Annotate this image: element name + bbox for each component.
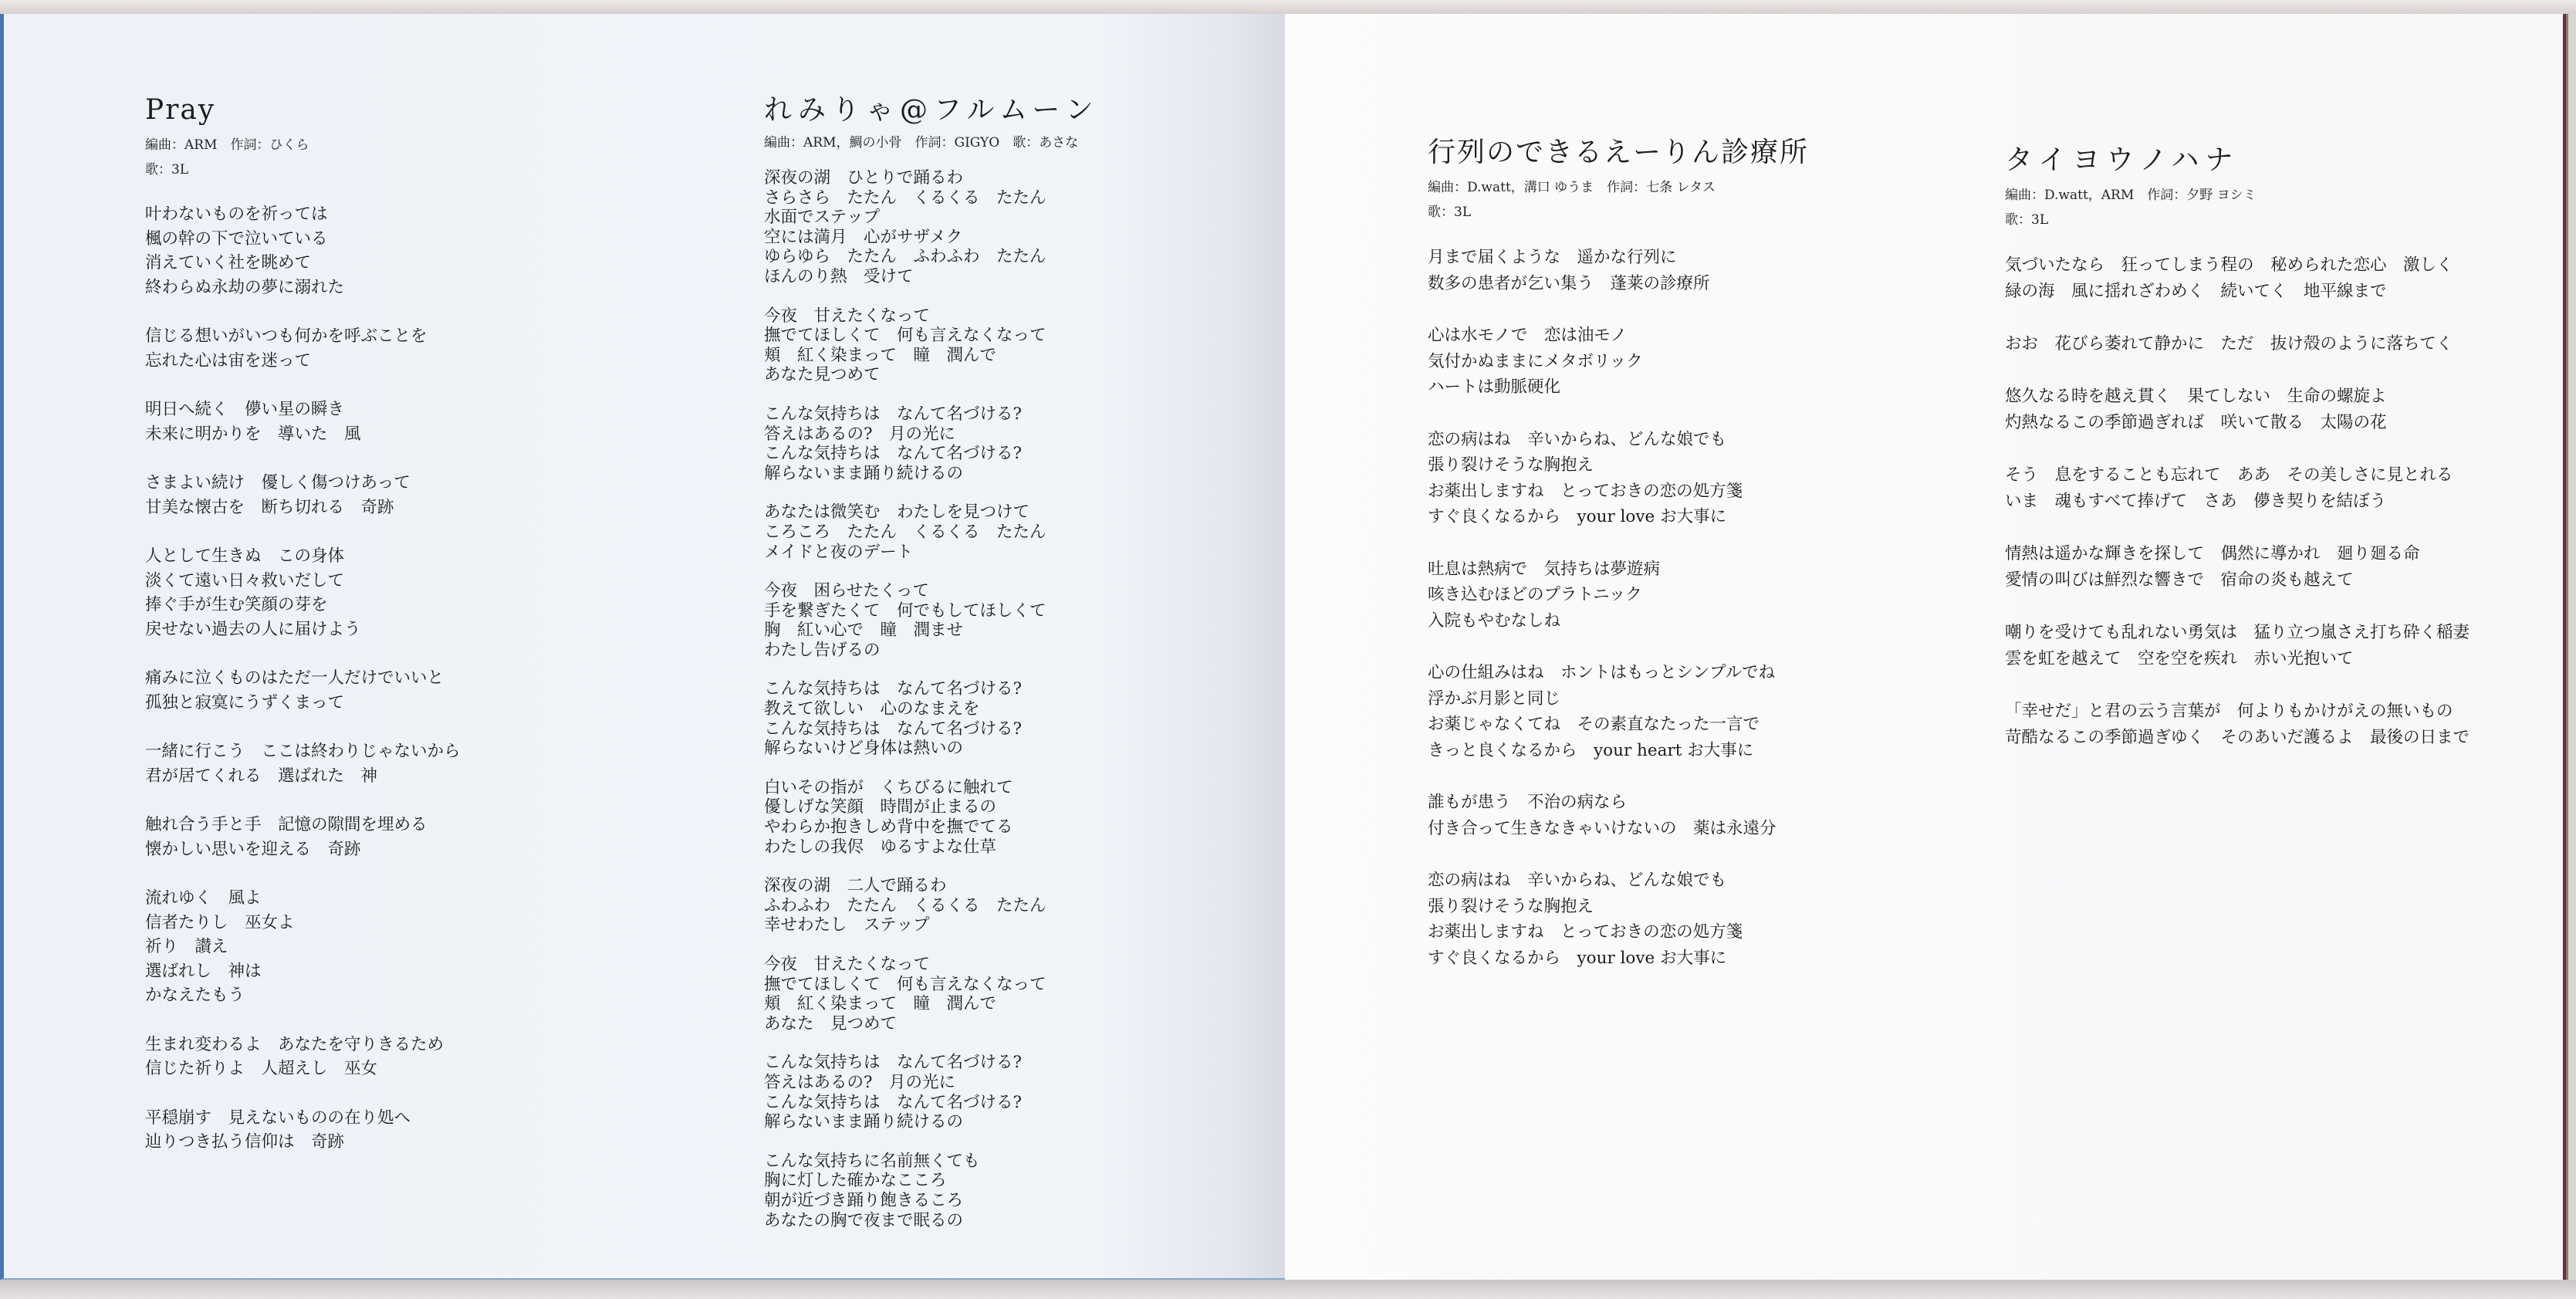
lyric-stanza: 嘲りを受けても乱れない勇気は 猛り立つ嵐さえ打ち砕く稲妻雲を虹を越えて 空を空を… xyxy=(2005,620,2545,672)
song-title: 行列のできるえーりん診療所 xyxy=(1428,135,1952,171)
lyric-line: 未来に明かりを 導いた 風 xyxy=(145,422,670,447)
scan-top-edge xyxy=(0,0,2576,14)
lyric-stanza: こんな気持ちは なんて名づける?答えはあるの? 月の光にこんな気持ちは なんて名… xyxy=(764,1053,1289,1132)
booklet-spread: Pray 編曲：ARM 作詞：ひくら 歌：3L 叶わないものを祈っては楓の幹の下… xyxy=(0,0,2576,1299)
lyric-stanza: 今夜 甘えたくなって撫でてほしくて 何も言えなくなって頬 紅く染まって 瞳 潤ん… xyxy=(764,955,1289,1033)
lyric-stanza: 生まれ変わるよ あなたを守りきるため信じた祈りよ 人超えし 巫女 xyxy=(145,1033,670,1081)
lyric-line: 嘲りを受けても乱れない勇気は 猛り立つ嵐さえ打ち砕く稲妻 xyxy=(2005,620,2545,646)
lyric-line: 白いその指が くちびるに触れて xyxy=(764,778,1289,798)
lyric-line: わたしの我侭 ゆるすよな仕草 xyxy=(764,837,1289,858)
lyric-line: 戻せない過去の人に届けよう xyxy=(145,617,670,642)
lyric-line: 咳き込むほどのプラトニック xyxy=(1428,582,1952,608)
lyrics: 叶わないものを祈っては楓の幹の下で泣いている消えていく社を眺めて終わらぬ永劫の夢… xyxy=(145,202,670,1155)
lyric-line: 誰もが患う 不治の病なら xyxy=(1428,790,1952,816)
credit-line: 編曲：D.watt，溝口 ゆうま 作詞：七条 レタス xyxy=(1428,175,1952,200)
lyric-line: あなた見つめて xyxy=(764,365,1289,385)
lyric-line: 苛酷なるこの季節過ぎゆく そのあいだ護るよ 最後の日まで xyxy=(2005,725,2545,751)
lyric-line: 吐息は熱病で 気持ちは夢遊病 xyxy=(1428,556,1952,583)
song-title: Pray xyxy=(145,93,670,128)
lyric-line: 付き合って生きなきゃいけないの 薬は永遠分 xyxy=(1428,816,1952,842)
lyric-stanza: こんな気持ちは なんて名づける?教えて欲しい 心のなまえをこんな気持ちは なんて… xyxy=(764,679,1289,758)
lyric-line: お薬じゃなくてね その素直なたった一言で xyxy=(1428,712,1952,738)
lyric-line: 捧ぐ手が生む笑顔の芽を xyxy=(145,593,670,617)
lyric-line: 手を繋ぎたくて 何でもしてほしくて xyxy=(764,601,1289,621)
lyric-line: 緑の海 風に揺れざわめく 続いてく 地平線まで xyxy=(2005,279,2545,305)
lyric-line: メイドと夜のデート xyxy=(764,543,1289,563)
lyric-stanza: 深夜の湖 ひとりで踊るわさらさら たたん くるくる たたん水面でステップ空には満… xyxy=(764,168,1289,287)
lyric-line: あなた 見つめて xyxy=(764,1014,1289,1034)
lyric-stanza: おお 花びら萎れて静かに ただ 抜け殻のように落ちてく xyxy=(2005,331,2545,357)
lyric-line: ころころ たたん くるくる たたん xyxy=(764,523,1289,543)
lyrics: 月まで届くような 遥かな行列に数多の患者が乞い集う 蓬莱の診療所心は水モノで 恋… xyxy=(1428,245,1952,971)
lyric-line: 優しげな笑顔 時間が止まるの xyxy=(764,797,1289,817)
lyric-stanza: こんな気持ちは なんて名づける?答えはあるの? 月の光にこんな気持ちは なんて名… xyxy=(764,404,1289,483)
song-credits: 編曲：ARM 作詞：ひくら 歌：3L xyxy=(145,133,670,182)
lyric-line: 月まで届くような 遥かな行列に xyxy=(1428,245,1952,271)
lyric-line: 空には満月 心がサザメク xyxy=(764,228,1289,248)
lyric-line: 愛情の叫びは鮮烈な響きで 宿命の炎も越えて xyxy=(2005,567,2545,594)
lyric-line: 終わらぬ永劫の夢に溺れた xyxy=(145,276,670,300)
lyric-stanza: 平穏崩す 見えないものの在り処へ辿りつき払う信仰は 奇跡 xyxy=(145,1106,670,1155)
lyric-line: 幸せわたし ステップ xyxy=(764,915,1289,935)
lyric-line: 情熱は遥かな輝きを探して 偶然に導かれ 廻り廻る命 xyxy=(2005,541,2545,567)
lyric-line: あなたの胸で夜まで眠るの xyxy=(764,1211,1289,1231)
lyric-line: 叶わないものを祈っては xyxy=(145,202,670,227)
lyric-line: 信じた祈りよ 人超えし 巫女 xyxy=(145,1057,670,1081)
credit-line: 歌：3L xyxy=(145,157,670,182)
lyric-line: こんな気持ちは なんて名づける? xyxy=(764,1053,1289,1073)
lyric-stanza: 白いその指が くちびるに触れて優しげな笑顔 時間が止まるのやわらか抱きしめ背中を… xyxy=(764,778,1289,857)
lyric-line: 選ばれし 神は xyxy=(145,959,670,984)
lyric-line: あなたは微笑む わたしを見つけて xyxy=(764,502,1289,523)
lyric-line: 解らないまま踊り続けるの xyxy=(764,464,1289,484)
lyric-line: 灼熱なるこの季節過ぎれば 咲いて散る 太陽の花 xyxy=(2005,410,2545,436)
lyric-line: 教えて欲しい 心のなまえを xyxy=(764,699,1289,719)
song-title: れみりゃ@フルムーン xyxy=(764,93,1289,128)
lyric-stanza: 恋の病はね 辛いからね、どんな娘でも張り裂けそうな胸抱えお薬出しますね とってお… xyxy=(1428,427,1952,530)
lyric-line: 深夜の湖 二人で踊るわ xyxy=(764,876,1289,896)
song-remilia-full-moon: れみりゃ@フルムーン 編曲：ARM，鯛の小骨 作詞：GIGYO 歌：あさな 深夜… xyxy=(764,93,1289,1250)
lyric-line: 信じる想いがいつも何かを呼ぶことを xyxy=(145,324,670,349)
lyric-stanza: 月まで届くような 遥かな行列に数多の患者が乞い集う 蓬莱の診療所 xyxy=(1428,245,1952,296)
lyric-line: 胸に灯した確かなこころ xyxy=(764,1171,1289,1191)
lyric-line: 甘美な懐古を 断ち切れる 奇跡 xyxy=(145,496,670,520)
lyric-stanza: 心は水モノで 恋は油モノ気付かぬままにメタボリックハートは動脈硬化 xyxy=(1428,323,1952,401)
lyric-stanza: 悠久なる時を越え貫く 果てしない 生命の螺旋よ灼熱なるこの季節過ぎれば 咲いて散… xyxy=(2005,384,2545,436)
lyric-line: 入院もやむなしね xyxy=(1428,608,1952,634)
lyrics: 気づいたなら 狂ってしまう程の 秘められた恋心 激しく緑の海 風に揺れざわめく … xyxy=(2005,252,2545,751)
lyric-line: お薬出しますね とっておきの恋の処方箋 xyxy=(1428,919,1952,945)
lyric-line: 今夜 甘えたくなって xyxy=(764,306,1289,326)
lyric-stanza: こんな気持ちに名前無くても胸に灯した確かなこころ朝が近づき踊り飽きるころあなたの… xyxy=(764,1152,1289,1230)
lyric-line: 撫でてほしくて 何も言えなくなって xyxy=(764,326,1289,346)
lyric-line: こんな気持ちは なんて名づける? xyxy=(764,719,1289,739)
lyric-line: 淡くて遠い日々救いだして xyxy=(145,569,670,594)
lyric-line: 気づいたなら 狂ってしまう程の 秘められた恋心 激しく xyxy=(2005,252,2545,279)
lyric-stanza: 今夜 甘えたくなって撫でてほしくて 何も言えなくなって頬 紅く染まって 瞳 潤ん… xyxy=(764,306,1289,385)
song-credits: 編曲：ARM，鯛の小骨 作詞：GIGYO 歌：あさな xyxy=(764,133,1289,153)
lyric-line: 祈り 讃え xyxy=(145,935,670,959)
lyric-line: そう 息をすることも忘れて ああ その美しさに見とれる xyxy=(2005,462,2545,489)
lyric-stanza: 深夜の湖 二人で踊るわふわふわ たたん くるくる たたん幸せわたし ステップ xyxy=(764,876,1289,935)
lyric-line: 数多の患者が乞い集う 蓬莱の診療所 xyxy=(1428,271,1952,297)
lyric-stanza: 一緒に行こう ここは終わりじゃないから君が居てくれる 選ばれた 神 xyxy=(145,739,670,788)
lyric-line: さらさら たたん くるくる たたん xyxy=(764,188,1289,208)
lyric-stanza: 信じる想いがいつも何かを呼ぶことを忘れた心は宙を迷って xyxy=(145,324,670,373)
lyric-line: 胸 紅い心で 瞳 潤ませ xyxy=(764,621,1289,641)
lyric-line: 一緒に行こう ここは終わりじゃないから xyxy=(145,739,670,764)
lyric-line: 忘れた心は宙を迷って xyxy=(145,349,670,374)
lyric-line: 生まれ変わるよ あなたを守りきるため xyxy=(145,1033,670,1057)
lyric-line: 孤独と寂寞にうずくまって xyxy=(145,691,670,715)
lyric-line: 今夜 困らせたくって xyxy=(764,581,1289,601)
lyric-line: 深夜の湖 ひとりで踊るわ xyxy=(764,168,1289,188)
lyric-stanza: 心の仕組みはね ホントはもっとシンプルでね浮かぶ月影と同じお薬じゃなくてね その… xyxy=(1428,660,1952,763)
lyric-stanza: 明日へ続く 儚い星の瞬き未来に明かりを 導いた 風 xyxy=(145,397,670,446)
lyric-line: 解らないけど身体は熱いの xyxy=(764,739,1289,759)
lyric-stanza: 触れ合う手と手 記憶の隙間を埋める懐かしい思いを迎える 奇跡 xyxy=(145,813,670,861)
lyric-line: 恋の病はね 辛いからね、どんな娘でも xyxy=(1428,427,1952,453)
lyric-line: 明日へ続く 儚い星の瞬き xyxy=(145,397,670,422)
lyric-line: やわらか抱きしめ背中を撫でてる xyxy=(764,817,1289,837)
lyric-line: こんな気持ちは なんて名づける? xyxy=(764,1093,1289,1113)
song-title: タイヨウノハナ xyxy=(2005,143,2545,178)
lyric-line: 答えはあるの? 月の光に xyxy=(764,1073,1289,1093)
song-credits: 編曲：D.watt，溝口 ゆうま 作詞：七条 レタス 歌：3L xyxy=(1428,175,1952,225)
scan-bottom-edge xyxy=(0,1280,2576,1299)
lyric-stanza: さまよい続け 優しく傷つけあって甘美な懐古を 断ち切れる 奇跡 xyxy=(145,471,670,519)
lyric-line: ふわふわ たたん くるくる たたん xyxy=(764,896,1289,916)
lyric-line: わたし告げるの xyxy=(764,641,1289,661)
lyric-line: ハートは動脈硬化 xyxy=(1428,374,1952,401)
lyric-line: 消えていく社を眺めて xyxy=(145,251,670,276)
lyric-line: 人として生きぬ この身体 xyxy=(145,544,670,569)
lyric-line: 流れゆく 風よ xyxy=(145,886,670,911)
lyric-line: 気付かぬままにメタボリック xyxy=(1428,349,1952,375)
lyric-line: 懐かしい思いを迎える 奇跡 xyxy=(145,837,670,862)
lyric-line: すぐ良くなるから your love お大事に xyxy=(1428,945,1952,972)
lyric-line: 楓の幹の下で泣いている xyxy=(145,227,670,252)
lyric-line: 答えはあるの? 月の光に xyxy=(764,425,1289,445)
lyric-line: 辿りつき払う信仰は 奇跡 xyxy=(145,1130,670,1155)
lyric-line: 張り裂けそうな胸抱え xyxy=(1428,894,1952,920)
lyric-line: こんな気持ちは なんて名づける? xyxy=(764,444,1289,464)
lyric-line: 今夜 甘えたくなって xyxy=(764,955,1289,975)
lyric-line: 君が居てくれる 選ばれた 神 xyxy=(145,764,670,789)
lyric-line: かなえたもう xyxy=(145,983,670,1008)
lyric-stanza: 誰もが患う 不治の病なら付き合って生きなきゃいけないの 薬は永遠分 xyxy=(1428,790,1952,841)
song-taiyou-no-hana: タイヨウノハナ 編曲：D.watt，ARM 作詞：夕野 ヨシミ 歌：3L 気づい… xyxy=(2005,143,2545,777)
lyric-stanza: 「幸せだ」と君の云う言葉が 何よりもかけがえの無いもの苛酷なるこの季節過ぎゆく … xyxy=(2005,699,2545,751)
lyric-line: 平穏崩す 見えないものの在り処へ xyxy=(145,1106,670,1131)
lyric-stanza: 今夜 困らせたくって手を繋ぎたくて 何でもしてほしくて胸 紅い心で 瞳 潤ませわ… xyxy=(764,581,1289,660)
lyric-line: お薬出しますね とっておきの恋の処方箋 xyxy=(1428,479,1952,505)
lyric-stanza: 吐息は熱病で 気持ちは夢遊病咳き込むほどのプラトニック入院もやむなしね xyxy=(1428,556,1952,634)
lyric-line: さまよい続け 優しく傷つけあって xyxy=(145,471,670,496)
lyric-line: ほんのり熱 受けて xyxy=(764,267,1289,287)
lyric-line: 解らないまま踊り続けるの xyxy=(764,1112,1289,1132)
song-credits: 編曲：D.watt，ARM 作詞：夕野 ヨシミ 歌：3L xyxy=(2005,183,2545,232)
lyric-line: 信者たりし 巫女よ xyxy=(145,911,670,935)
lyric-stanza: 叶わないものを祈っては楓の幹の下で泣いている消えていく社を眺めて終わらぬ永劫の夢… xyxy=(145,202,670,299)
lyric-line: 恋の病はね 辛いからね、どんな娘でも xyxy=(1428,868,1952,894)
credit-line: 歌：3L xyxy=(2005,208,2545,232)
credit-line: 編曲：ARM，鯛の小骨 作詞：GIGYO 歌：あさな xyxy=(764,133,1289,153)
lyric-line: こんな気持ちに名前無くても xyxy=(764,1152,1289,1172)
credit-line: 編曲：D.watt，ARM 作詞：夕野 ヨシミ xyxy=(2005,183,2545,208)
lyric-line: 浮かぶ月影と同じ xyxy=(1428,686,1952,712)
song-eirin-clinic: 行列のできるえーりん診療所 編曲：D.watt，溝口 ゆうま 作詞：七条 レタス… xyxy=(1428,135,1952,997)
lyric-line: こんな気持ちは なんて名づける? xyxy=(764,679,1289,699)
lyric-line: 痛みに泣くものはただ一人だけでいいと xyxy=(145,666,670,691)
lyric-line: 頬 紅く染まって 瞳 潤んで xyxy=(764,346,1289,366)
credit-line: 編曲：ARM 作詞：ひくら xyxy=(145,133,670,157)
lyric-line: 撫でてほしくて 何も言えなくなって xyxy=(764,975,1289,995)
lyric-line: いま 魂もすべて捧げて さあ 儚き契りを結ぼう xyxy=(2005,489,2545,515)
lyric-line: 雲を虹を越えて 空を空を疾れ 赤い光抱いて xyxy=(2005,646,2545,672)
lyric-line: 心は水モノで 恋は油モノ xyxy=(1428,323,1952,349)
lyrics: 深夜の湖 ひとりで踊るわさらさら たたん くるくる たたん水面でステップ空には満… xyxy=(764,168,1289,1230)
lyric-line: こんな気持ちは なんて名づける? xyxy=(764,404,1289,425)
lyric-line: すぐ良くなるから your love お大事に xyxy=(1428,504,1952,530)
lyric-line: 張り裂けそうな胸抱え xyxy=(1428,452,1952,479)
lyric-line: 頬 紅く染まって 瞳 潤んで xyxy=(764,994,1289,1014)
lyric-stanza: 気づいたなら 狂ってしまう程の 秘められた恋心 激しく緑の海 風に揺れざわめく … xyxy=(2005,252,2545,305)
lyric-stanza: 痛みに泣くものはただ一人だけでいいと孤独と寂寞にうずくまって xyxy=(145,666,670,715)
song-pray: Pray 編曲：ARM 作詞：ひくら 歌：3L 叶わないものを祈っては楓の幹の下… xyxy=(145,93,670,1179)
lyric-stanza: そう 息をすることも忘れて ああ その美しさに見とれるいま 魂もすべて捧げて さ… xyxy=(2005,462,2545,515)
lyric-stanza: 情熱は遥かな輝きを探して 偶然に導かれ 廻り廻る命愛情の叫びは鮮烈な響きで 宿命… xyxy=(2005,541,2545,594)
lyric-line: ゆらゆら たたん ふわふわ たたん xyxy=(764,247,1289,267)
lyric-line: 「幸せだ」と君の云う言葉が 何よりもかけがえの無いもの xyxy=(2005,699,2545,725)
lyric-line: 水面でステップ xyxy=(764,208,1289,228)
lyric-stanza: 恋の病はね 辛いからね、どんな娘でも張り裂けそうな胸抱えお薬出しますね とってお… xyxy=(1428,868,1952,971)
lyric-stanza: 流れゆく 風よ信者たりし 巫女よ祈り 讃え選ばれし 神はかなえたもう xyxy=(145,886,670,1008)
credit-line: 歌：3L xyxy=(1428,200,1952,225)
lyric-line: 心の仕組みはね ホントはもっとシンプルでね xyxy=(1428,660,1952,686)
lyric-stanza: あなたは微笑む わたしを見つけてころころ たたん くるくる たたんメイドと夜のデ… xyxy=(764,502,1289,562)
lyric-stanza: 人として生きぬ この身体淡くて遠い日々救いだして捧ぐ手が生む笑顔の芽を戻せない過… xyxy=(145,544,670,641)
lyric-line: きっと良くなるから your heart お大事に xyxy=(1428,738,1952,764)
lyric-line: おお 花びら萎れて静かに ただ 抜け殻のように落ちてく xyxy=(2005,331,2545,357)
lyric-line: 悠久なる時を越え貫く 果てしない 生命の螺旋よ xyxy=(2005,384,2545,410)
lyric-line: 触れ合う手と手 記憶の隙間を埋める xyxy=(145,813,670,837)
lyric-line: 朝が近づき踊り飽きるころ xyxy=(764,1191,1289,1211)
